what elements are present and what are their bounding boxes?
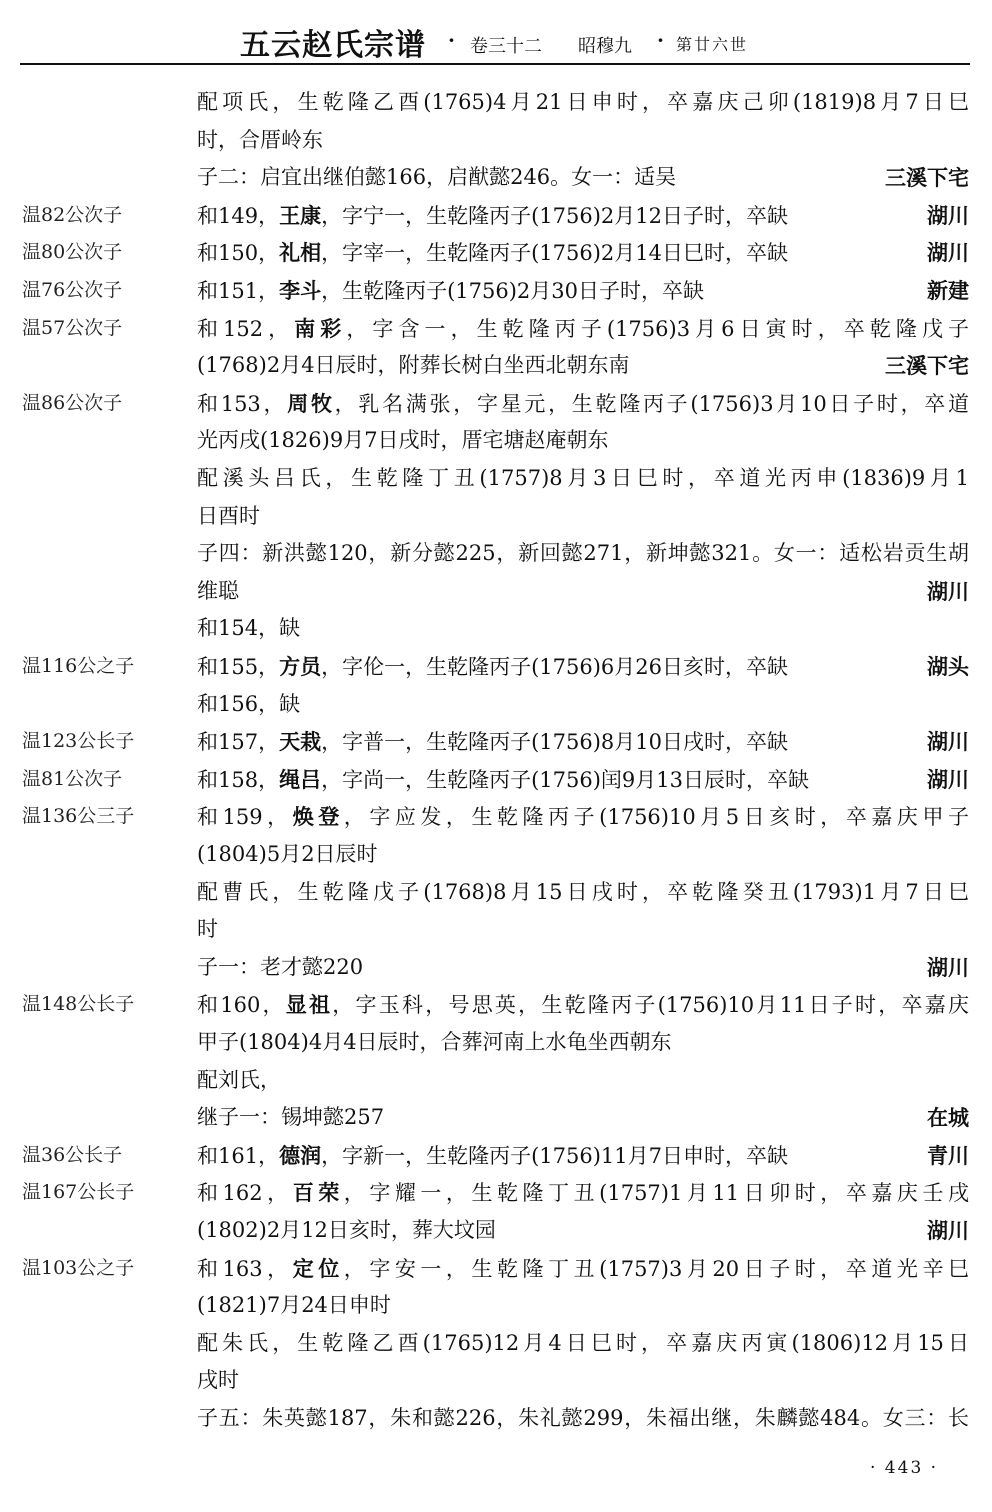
residence-place: 湖川 (927, 573, 969, 610)
person-name: 百荣 (293, 1180, 344, 1205)
entry-text-segment: 和160， (197, 993, 286, 1017)
entry-text-segment: (1821)7月24日申时 (197, 1293, 391, 1317)
parent-reference: 温86公次子 (22, 385, 122, 422)
entry-line: 和156，缺 (0, 686, 992, 723)
entry-line: 配曹氏，生乾隆戊子(1768)8月15日戌时，卒乾隆癸丑(1793)1月7日巳 (0, 874, 992, 911)
residence-place: 青川 (927, 1137, 969, 1174)
entry-line: 时 (0, 911, 992, 948)
entry-text-segment: 子四：新洪懿120，新分懿225，新回懿271，新坤懿321。女一：适松岩贡生胡 (197, 541, 969, 565)
entry-text: 和163，定位，字安一，生乾隆丁丑(1757)3月20日子时，卒道光辛巳 (197, 1250, 969, 1288)
entry-text: 继子一：锡坤懿257 (197, 1099, 384, 1136)
person-name: 礼相 (279, 240, 321, 265)
entry-text: 和157，天栽，字普一，生乾隆丙子(1756)8月10日戌时，卒缺 (197, 723, 788, 761)
volume-label: 卷三十二 (470, 32, 542, 58)
entry-line: 甲子(1804)4月4日辰时，合葬河南上水龟坐西朝东 (0, 1024, 992, 1061)
entry-text: 光丙戌(1826)9月7日戌时，厝宅塘赵庵朝东 (197, 422, 609, 459)
entry-text-segment: ，字耀一，生乾隆丁丑(1757)1月11日卯时，卒嘉庆壬戌 (344, 1181, 969, 1205)
entry-line: 温136公三子和159，焕登，字应发，生乾隆丙子(1756)10月5日亥时，卒嘉… (0, 798, 992, 835)
entry-text-segment: ，字宁一，生乾隆丙子(1756)2月12日子时，卒缺 (321, 204, 788, 228)
entry-text-segment: 时 (197, 917, 218, 941)
entry-text-segment: 光丙戌(1826)9月7日戌时，厝宅塘赵庵朝东 (197, 428, 609, 452)
entry-line: 温167公长子和162，百荣，字耀一，生乾隆丁丑(1757)1月11日卯时，卒嘉… (0, 1174, 992, 1211)
entry-text: 时，合厝岭东 (197, 122, 323, 159)
entry-text: 和161，德润，字新一，生乾隆丙子(1756)11月7日申时，卒缺 (197, 1137, 788, 1175)
entry-text-segment: 和151， (197, 279, 279, 303)
entry-text-segment: 甲子(1804)4月4日辰时，合葬河南上水龟坐西朝东 (197, 1030, 672, 1054)
entry-text-segment: 和154，缺 (197, 616, 300, 640)
entry-text: (1768)2月4日辰时，附葬长树白坐西北朝东南 (197, 347, 630, 384)
entry-line: 和154，缺 (0, 610, 992, 647)
entry-line: (1821)7月24日申时 (0, 1287, 992, 1324)
entry-text-segment: 配朱氏，生乾隆乙酉(1765)12月4日巳时，卒嘉庆丙寅(1806)12月15日 (197, 1331, 969, 1355)
entry-line: 时，合厝岭东 (0, 122, 992, 159)
entry-text: 配曹氏，生乾隆戊子(1768)8月15日戌时，卒乾隆癸丑(1793)1月7日巳 (197, 874, 969, 911)
parent-reference: 温136公三子 (22, 798, 134, 835)
entry-text-segment: 和150， (197, 241, 279, 265)
entry-text: 配溪头吕氏，生乾隆丁丑(1757)8月3日巳时，卒道光丙申(1836)9月1 (197, 460, 969, 497)
entry-line: 配项氏，生乾隆乙酉(1765)4月21日申时，卒嘉庆己卯(1819)8月7日巳 (0, 84, 992, 121)
entry-text-segment: 子五：朱英懿187，朱和懿226，朱礼懿299，朱福出继，朱麟懿484。女三：长 (197, 1406, 969, 1430)
watermark: ​ (400, 1460, 464, 1494)
entry-text-segment: 和161， (197, 1144, 279, 1168)
person-name: 焕登 (293, 804, 344, 829)
entry-text-segment: 配溪头吕氏，生乾隆丁丑(1757)8月3日巳时，卒道光丙申(1836)9月1 (197, 466, 969, 490)
residence-place: 三溪下宅 (885, 159, 969, 196)
person-name: 德润 (279, 1143, 321, 1168)
section-label: 昭穆九 (578, 32, 632, 58)
entry-text: 和149，王康，字宁一，生乾隆丙子(1756)2月12日子时，卒缺 (197, 197, 788, 235)
entry-text: (1802)2月12日亥时，葬大坟园 (197, 1212, 496, 1249)
entry-text-segment: 和158， (197, 768, 279, 792)
parent-reference: 温167公长子 (22, 1174, 134, 1211)
header-rule (20, 63, 970, 65)
entry-text: 配刘氏， (197, 1062, 281, 1099)
residence-place: 湖川 (927, 1212, 969, 1249)
entry-line: 子五：朱英懿187，朱和懿226，朱礼懿299，朱福出继，朱麟懿484。女三：长 (0, 1400, 992, 1437)
entry-line: 继子一：锡坤懿257在城 (0, 1099, 992, 1136)
header-separator: · (448, 28, 455, 52)
entry-text-segment: 时，合厝岭东 (197, 128, 323, 152)
person-name: 显祖 (286, 992, 332, 1017)
residence-place: 湖川 (927, 761, 969, 798)
entry-text: 配朱氏，生乾隆乙酉(1765)12月4日巳时，卒嘉庆丙寅(1806)12月15日 (197, 1325, 969, 1362)
entry-text-segment: ，字安一，生乾隆丁丑(1757)3月20日子时，卒道光辛巳 (344, 1257, 969, 1281)
page-number: · 443 · (870, 1458, 938, 1478)
entry-text-segment: 和153， (197, 392, 287, 416)
residence-place: 三溪下宅 (885, 347, 969, 384)
entry-line: (1802)2月12日亥时，葬大坟园湖川 (0, 1212, 992, 1249)
entry-text: 和151，李斗，生乾隆丙子(1756)2月30日子时，卒缺 (197, 272, 704, 310)
entry-text-segment: (1802)2月12日亥时，葬大坟园 (197, 1218, 496, 1242)
entry-text-segment: (1804)5月2日辰时 (197, 842, 378, 866)
entry-text-segment: 配曹氏，生乾隆戊子(1768)8月15日戌时，卒乾隆癸丑(1793)1月7日巳 (197, 880, 969, 904)
entry-text-segment: 戌时 (197, 1368, 239, 1392)
entry-text: 时 (197, 911, 218, 948)
entry-text-segment: 维聪 (197, 579, 239, 603)
entry-line: 维聪湖川 (0, 573, 992, 610)
entry-line: 温80公次子和150，礼相，字宰一，生乾隆丙子(1756)2月14日巳时，卒缺湖… (0, 234, 992, 271)
entry-line: (1804)5月2日辰时 (0, 836, 992, 873)
parent-reference: 温76公次子 (22, 272, 122, 309)
parent-reference: 温80公次子 (22, 234, 122, 271)
parent-reference: 温82公次子 (22, 197, 122, 234)
entry-text-segment: 和149， (197, 204, 279, 228)
entry-text: 配项氏，生乾隆乙酉(1765)4月21日申时，卒嘉庆己卯(1819)8月7日巳 (197, 84, 969, 121)
entry-line: 子一：老才懿220湖川 (0, 949, 992, 986)
entry-line: 配溪头吕氏，生乾隆丁丑(1757)8月3日巳时，卒道光丙申(1836)9月1 (0, 460, 992, 497)
person-name: 周牧 (287, 391, 334, 416)
entry-line: (1768)2月4日辰时，附葬长树白坐西北朝东南三溪下宅 (0, 347, 992, 384)
residence-place: 在城 (927, 1099, 969, 1136)
page-header: 五云赵氏宗谱 · 卷三十二 昭穆九 · 第廿六世 (0, 18, 992, 64)
person-name: 李斗 (279, 278, 321, 303)
parent-reference: 温57公次子 (22, 310, 122, 347)
entry-text: 日酉时 (197, 498, 260, 535)
entry-line: 温57公次子和152，南彩，字含一，生乾隆丙子(1756)3月6日寅时，卒乾隆戊… (0, 310, 992, 347)
parent-reference: 温148公长子 (22, 986, 134, 1023)
entry-line: 子二：启宜出继伯懿166，启猷懿246。女一：适吴三溪下宅 (0, 159, 992, 196)
residence-place: 湖川 (927, 723, 969, 760)
entry-line: 配朱氏，生乾隆乙酉(1765)12月4日巳时，卒嘉庆丙寅(1806)12月15日 (0, 1325, 992, 1362)
person-name: 王康 (279, 203, 321, 228)
entry-text-segment: 配刘氏， (197, 1068, 281, 1092)
entry-text-segment: ，字伦一，生乾隆丙子(1756)6月26日亥时，卒缺 (321, 655, 788, 679)
entry-line: 温148公长子和160，显祖，字玉科，号思英，生乾隆丙子(1756)10月11日… (0, 986, 992, 1023)
entry-text: 和162，百荣，字耀一，生乾隆丁丑(1757)1月11日卯时，卒嘉庆壬戌 (197, 1174, 969, 1212)
person-name: 定位 (293, 1256, 344, 1281)
parent-reference: 温81公次子 (22, 761, 122, 798)
entry-text: 和156，缺 (197, 686, 300, 723)
book-title: 五云赵氏宗谱 (240, 20, 426, 64)
entry-text: (1804)5月2日辰时 (197, 836, 378, 873)
entry-text-segment: ，字尚一，生乾隆丙子(1756)闰9月13日辰时，卒缺 (321, 768, 809, 792)
parent-reference: 温103公之子 (22, 1250, 134, 1287)
entry-text-segment: 和159， (197, 805, 293, 829)
entry-text-segment: ，字玉科，号思英，生乾隆丙子(1756)10月11日子时，卒嘉庆 (332, 993, 969, 1017)
entry-text: 和159，焕登，字应发，生乾隆丙子(1756)10月5日亥时，卒嘉庆甲子 (197, 798, 969, 836)
entry-text: 子四：新洪懿120，新分懿225，新回懿271，新坤懿321。女一：适松岩贡生胡 (197, 535, 969, 572)
entry-line: 温86公次子和153，周牧，乳名满张，字星元，生乾隆丙子(1756)3月10日子… (0, 385, 992, 422)
generation-label: 第廿六世 (676, 32, 748, 55)
entry-line: 戌时 (0, 1362, 992, 1399)
parent-reference: 温123公长子 (22, 723, 134, 760)
entry-text: 和158，绳吕，字尚一，生乾隆丙子(1756)闰9月13日辰时，卒缺 (197, 761, 809, 799)
entry-text-segment: (1768)2月4日辰时，附葬长树白坐西北朝东南 (197, 353, 630, 377)
entry-text-segment: 和152， (197, 317, 294, 341)
entry-text-segment: 子一：老才懿220 (197, 955, 363, 979)
entry-line: 温103公之子和163，定位，字安一，生乾隆丁丑(1757)3月20日子时，卒道… (0, 1250, 992, 1287)
residence-place: 湖头 (927, 648, 969, 685)
entry-text-segment: 和163， (197, 1257, 293, 1281)
entry-text: 子五：朱英懿187，朱和懿226，朱礼懿299，朱福出继，朱麟懿484。女三：长 (197, 1400, 969, 1437)
entry-text-segment: ，字含一，生乾隆丙子(1756)3月6日寅时，卒乾隆戊子 (346, 317, 969, 341)
entry-text-segment: ，字普一，生乾隆丙子(1756)8月10日戌时，卒缺 (321, 730, 788, 754)
entry-text: 子二：启宜出继伯懿166，启猷懿246。女一：适吴 (197, 159, 676, 196)
entry-text: 子一：老才懿220 (197, 949, 363, 986)
entry-line: 温123公长子和157，天栽，字普一，生乾隆丙子(1756)8月10日戌时，卒缺… (0, 723, 992, 760)
entry-text: (1821)7月24日申时 (197, 1287, 391, 1324)
residence-place: 湖川 (927, 197, 969, 234)
entry-text: 和160，显祖，字玉科，号思英，生乾隆丙子(1756)10月11日子时，卒嘉庆 (197, 986, 969, 1024)
entry-line: 温82公次子和149，王康，字宁一，生乾隆丙子(1756)2月12日子时，卒缺湖… (0, 197, 992, 234)
entry-text: 维聪 (197, 573, 239, 610)
person-name: 方员 (279, 654, 321, 679)
entry-text-segment: 配项氏，生乾隆乙酉(1765)4月21日申时，卒嘉庆己卯(1819)8月7日巳 (197, 90, 969, 114)
entry-text: 和153，周牧，乳名满张，字星元，生乾隆丙子(1756)3月10日子时，卒道 (197, 385, 969, 423)
entry-text-segment: ，乳名满张，字星元，生乾隆丙子(1756)3月10日子时，卒道 (335, 392, 969, 416)
entry-line: 温81公次子和158，绳吕，字尚一，生乾隆丙子(1756)闰9月13日辰时，卒缺… (0, 761, 992, 798)
entry-text-segment: 日酉时 (197, 504, 260, 528)
entry-text-segment: 和157， (197, 730, 279, 754)
person-name: 南彩 (294, 316, 346, 341)
entry-line: 子四：新洪懿120，新分懿225，新回懿271，新坤懿321。女一：适松岩贡生胡 (0, 535, 992, 572)
entry-text-segment: 和155， (197, 655, 279, 679)
parent-reference: 温116公之子 (22, 648, 134, 685)
entry-text-segment: 继子一：锡坤懿257 (197, 1105, 384, 1129)
entry-text: 甲子(1804)4月4日辰时，合葬河南上水龟坐西朝东 (197, 1024, 672, 1061)
entry-line: 配刘氏， (0, 1062, 992, 1099)
entry-text-segment: ，字宰一，生乾隆丙子(1756)2月14日巳时，卒缺 (321, 241, 788, 265)
entry-text-segment: ，生乾隆丙子(1756)2月30日子时，卒缺 (321, 279, 704, 303)
person-name: 天栽 (279, 729, 321, 754)
entry-text-segment: 和162， (197, 1181, 293, 1205)
entry-text-segment: ，字新一，生乾隆丙子(1756)11月7日申时，卒缺 (321, 1144, 788, 1168)
entry-text-segment: 和156，缺 (197, 692, 300, 716)
parent-reference: 温36公长子 (22, 1137, 122, 1174)
entry-text: 和150，礼相，字宰一，生乾隆丙子(1756)2月14日巳时，卒缺 (197, 234, 788, 272)
person-name: 绳吕 (279, 767, 321, 792)
entry-line: 光丙戌(1826)9月7日戌时，厝宅塘赵庵朝东 (0, 422, 992, 459)
header-separator: · (657, 28, 664, 52)
residence-place: 新建 (927, 272, 969, 309)
entry-text: 和152，南彩，字含一，生乾隆丙子(1756)3月6日寅时，卒乾隆戊子 (197, 310, 969, 348)
residence-place: 湖川 (927, 234, 969, 271)
entry-text: 和154，缺 (197, 610, 300, 647)
entry-text: 和155，方员，字伦一，生乾隆丙子(1756)6月26日亥时，卒缺 (197, 648, 788, 686)
residence-place: 湖川 (927, 949, 969, 986)
entry-text: 戌时 (197, 1362, 239, 1399)
entry-text-segment: 子二：启宜出继伯懿166，启猷懿246。女一：适吴 (197, 165, 676, 189)
entry-line: 温76公次子和151，李斗，生乾隆丙子(1756)2月30日子时，卒缺新建 (0, 272, 992, 309)
entry-text-segment: ，字应发，生乾隆丙子(1756)10月5日亥时，卒嘉庆甲子 (344, 805, 969, 829)
entry-line: 温36公长子和161，德润，字新一，生乾隆丙子(1756)11月7日申时，卒缺青… (0, 1137, 992, 1174)
entry-line: 日酉时 (0, 498, 992, 535)
entry-line: 温116公之子和155，方员，字伦一，生乾隆丙子(1756)6月26日亥时，卒缺… (0, 648, 992, 685)
